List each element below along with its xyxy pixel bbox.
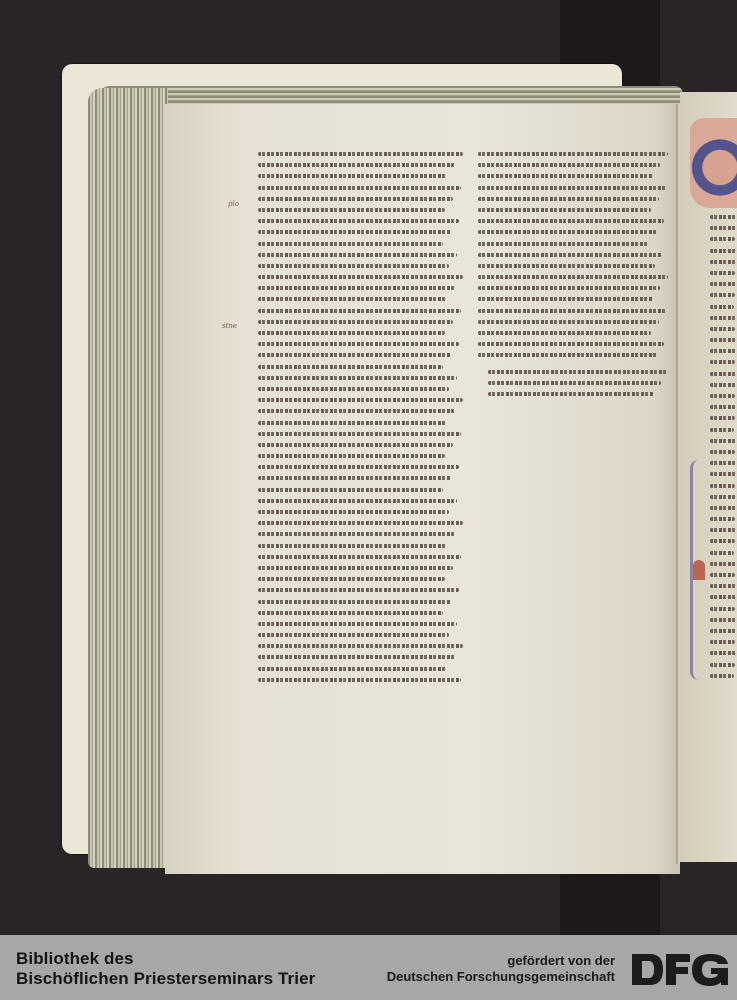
script-line [258, 622, 457, 626]
script-line [258, 678, 461, 682]
script-line [710, 360, 735, 364]
script-line [258, 309, 461, 313]
library-name-line1: Bibliothek des [16, 949, 315, 969]
script-line [710, 316, 736, 320]
script-line [258, 421, 447, 425]
script-line [710, 551, 734, 555]
script-line [710, 539, 735, 543]
script-line [258, 633, 449, 637]
script-line [488, 392, 654, 396]
script-line [258, 297, 447, 301]
script-line [710, 383, 736, 387]
script-line [710, 394, 735, 398]
script-line [478, 174, 653, 178]
script-line [710, 327, 735, 331]
script-line [258, 499, 457, 503]
text-column-left [258, 152, 463, 689]
script-line [258, 320, 453, 324]
script-line [478, 331, 651, 335]
script-line [258, 443, 453, 447]
script-line [258, 342, 459, 346]
script-line [258, 577, 445, 581]
script-line [258, 376, 457, 380]
script-line [258, 510, 449, 514]
script-line [258, 152, 463, 156]
text-column-facing [710, 215, 737, 685]
library-name-line2: Bischöflichen Priesterseminars Trier [16, 969, 315, 989]
margin-note: ṡtne [222, 322, 237, 330]
script-line [258, 566, 453, 570]
script-line [710, 226, 736, 230]
script-line [478, 309, 666, 313]
script-line [478, 286, 660, 290]
funding-notice: gefördert von der Deutschen Forschungsge… [387, 953, 615, 985]
script-line [258, 230, 451, 234]
script-line [478, 186, 666, 190]
script-line [258, 286, 455, 290]
script-line [710, 439, 736, 443]
script-line [710, 461, 737, 465]
script-line [710, 349, 736, 353]
script-line [258, 644, 463, 648]
script-line [710, 663, 735, 667]
script-line [258, 544, 447, 548]
script-line [258, 600, 451, 604]
script-line [710, 607, 735, 611]
script-line [258, 611, 443, 615]
script-line [710, 629, 736, 633]
script-line [710, 416, 735, 420]
script-line [258, 655, 455, 659]
script-line [258, 197, 453, 201]
script-line [478, 353, 657, 357]
script-line [710, 674, 734, 678]
script-line [710, 260, 736, 264]
script-line [258, 454, 445, 458]
script-line [710, 282, 736, 286]
script-line [710, 584, 737, 588]
script-line [258, 186, 461, 190]
script-line [258, 521, 463, 525]
script-line [710, 517, 735, 521]
script-line [710, 428, 734, 432]
red-initial [693, 560, 705, 580]
script-line [710, 338, 737, 342]
script-line [258, 555, 461, 559]
script-line [258, 331, 445, 335]
script-line [478, 242, 649, 246]
script-line [258, 353, 451, 357]
funding-line1: gefördert von der [387, 953, 615, 969]
script-line [258, 432, 461, 436]
script-line [258, 398, 463, 402]
script-line [710, 271, 735, 275]
script-line [710, 237, 735, 241]
script-line [258, 532, 455, 536]
script-line [478, 275, 668, 279]
script-line [710, 528, 736, 532]
script-line [258, 387, 449, 391]
book-gutter [676, 104, 680, 864]
script-line [478, 230, 657, 234]
script-line [478, 197, 659, 201]
script-line [488, 370, 668, 374]
script-line [478, 320, 659, 324]
script-line [478, 208, 651, 212]
script-line [258, 365, 443, 369]
script-line [710, 372, 737, 376]
script-line [478, 264, 655, 268]
script-line [258, 208, 445, 212]
script-line [478, 342, 664, 346]
script-line [258, 163, 455, 167]
script-line [478, 297, 653, 301]
script-line [258, 275, 463, 279]
script-line [710, 484, 735, 488]
script-line [710, 573, 735, 577]
script-line [258, 476, 451, 480]
funding-line2: Deutschen Forschungsgemeinschaft [387, 969, 615, 985]
script-line [710, 450, 735, 454]
library-name: Bibliothek des Bischöflichen Priestersem… [16, 949, 315, 989]
script-line [258, 488, 443, 492]
script-line [258, 219, 459, 223]
script-line [710, 293, 735, 297]
script-line [258, 242, 443, 246]
script-line [710, 562, 736, 566]
script-line [258, 465, 459, 469]
script-line [258, 588, 459, 592]
script-line [710, 249, 737, 253]
decorated-initial [690, 118, 737, 208]
script-line [710, 405, 736, 409]
footer-bar: Bibliothek des Bischöflichen Priestersem… [0, 935, 737, 1000]
script-line [488, 381, 661, 385]
script-line [710, 215, 737, 219]
script-line [258, 409, 455, 413]
text-column-right [478, 152, 668, 365]
script-line [258, 264, 449, 268]
script-line [478, 253, 662, 257]
script-line [478, 152, 668, 156]
script-line [710, 651, 736, 655]
script-line [710, 472, 736, 476]
page-edges-side [88, 88, 168, 868]
script-line [710, 618, 737, 622]
manuscript-scan: ṗlo ṡtne [0, 0, 737, 935]
script-line [478, 219, 664, 223]
script-line [710, 506, 736, 510]
script-line [710, 595, 736, 599]
margin-note: ṗlo [228, 200, 239, 208]
text-column-right-paragraph [488, 370, 668, 404]
script-line [258, 174, 447, 178]
dfg-logo-icon [630, 952, 730, 987]
script-line [478, 163, 660, 167]
script-line [710, 305, 734, 309]
script-line [710, 640, 735, 644]
script-line [258, 667, 447, 671]
script-line [710, 495, 737, 499]
script-line [258, 253, 457, 257]
